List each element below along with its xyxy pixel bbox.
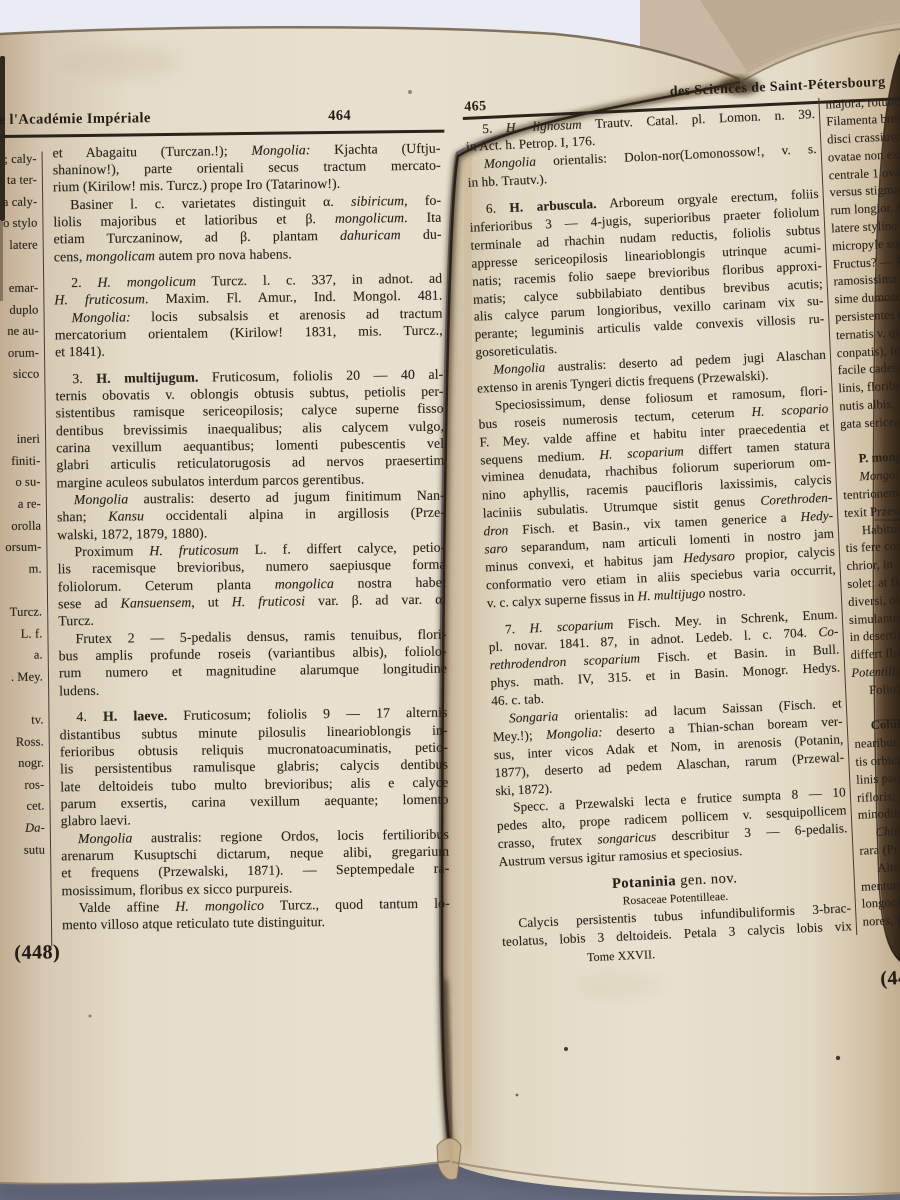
text-line: orum- [3, 345, 39, 367]
text-line: ; caly- [1, 151, 37, 173]
left-header-title: de l'Académie Impériale [0, 110, 151, 129]
text-line [3, 389, 39, 411]
text-line: Da- [9, 820, 45, 842]
text-line: nogr. [8, 756, 44, 778]
left-page: de l'Académie Impériale 464 ; caly-ta te… [0, 101, 450, 936]
text-line [7, 691, 43, 713]
text-line: . Mey. [7, 669, 43, 691]
text-line [4, 410, 40, 432]
text-line: ineri [4, 432, 40, 454]
right-text-column: 5. H. lignosum Trautv. Catal. pl. Lomon.… [465, 104, 853, 968]
left-margin-column: ; caly-ta ter-a caly-o stylolatereemar-d… [1, 151, 53, 946]
text-line: orolla [5, 518, 41, 540]
right-page: 465 des Sciences de Saint-Pétersbourg 5.… [462, 79, 900, 967]
text-line: orsum- [5, 540, 41, 562]
text-line: ta ter- [1, 173, 37, 195]
text-line: cet. [8, 799, 44, 821]
right-page-number: 465 [464, 99, 487, 116]
text-line: ludens. [59, 678, 447, 700]
text-line: L. f. [6, 626, 42, 648]
text-line: o stylo [1, 216, 37, 238]
text-line: m. [6, 561, 42, 583]
text-line: tv. [7, 712, 43, 734]
text-line: emar- [2, 281, 38, 303]
left-text-column: et Abagaitu (Turczan.!); Mongolia: Kjach… [52, 132, 450, 935]
text-line [2, 259, 38, 281]
text-line: ne au- [3, 324, 39, 346]
book-photo: de l'Académie Impériale 464 ; caly-ta te… [0, 0, 900, 1200]
text-line: Ross. [8, 734, 44, 756]
text-line: et 1841). [55, 340, 443, 362]
left-folio-number: (448) [14, 941, 60, 965]
text-line: cens, mongolicam autem pro nova habens. [54, 244, 442, 266]
left-running-header: de l'Académie Impériale 464 [0, 101, 440, 132]
text-line: a. [7, 648, 43, 670]
text-line: finiti- [4, 453, 40, 475]
left-page-number: 464 [328, 108, 351, 125]
text-line: a re- [5, 497, 41, 519]
right-folio-number: (449) [880, 966, 900, 991]
text-line: o su- [5, 475, 41, 497]
text-line: a caly- [1, 194, 37, 216]
text-line: ros- [8, 777, 44, 799]
text-line [6, 583, 42, 605]
text-line: duplo [2, 302, 38, 324]
left-page-columns: ; caly-ta ter-a caly-o stylolatereemar-d… [0, 132, 450, 935]
text-line: sutu [9, 842, 45, 864]
text-line: sicco [3, 367, 39, 389]
text-line: latere [2, 237, 38, 259]
right-page-columns: 5. H. lignosum Trautv. Catal. pl. Lomon.… [463, 99, 900, 968]
text-line: Turcz. [6, 604, 42, 626]
